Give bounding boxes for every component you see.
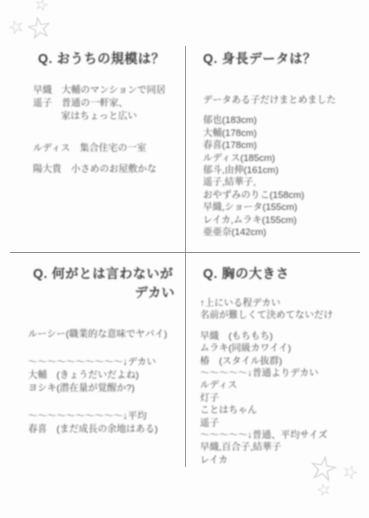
text-line: レイカ,ムラキ(155cm) (203, 215, 336, 227)
text-line: 灯子 (200, 393, 333, 405)
text-line: 早織,ショータ(155cm) (203, 202, 336, 214)
text-line: 遥子 普通の一軒家、 (33, 97, 166, 110)
text-line: 大輔 (きょうだいだよね) (28, 369, 167, 382)
horizontal-divider (10, 252, 360, 253)
text-line: ～～～～～↓普通、平均サイズ (200, 430, 333, 442)
text-line: 遥子 (200, 418, 333, 430)
text-line: データある子だけまとめました (203, 95, 336, 107)
text-line: おやずみのりこ(158cm) (203, 190, 336, 202)
text-line: 春喜 (まだ成長の余地はある) (28, 423, 167, 436)
height-data-answers: データある子だけまとめました 郁也(183cm) 大輔(178cm) 春喜(17… (203, 95, 336, 239)
star-icon: ☆ (24, 12, 56, 46)
quadrant-its-big: Q. 何がとは言わないが デカい (33, 263, 175, 301)
question-title: Q. 胸の大きさ (203, 263, 289, 282)
text-line: 早織 大輔のマンションで同居 (33, 84, 166, 97)
text-line: 椿 (スタイル抜群) (200, 356, 333, 368)
text-line: 早織,百合子,結華子 (200, 442, 333, 454)
text-line: 陽大貴 小さめのお屋敷かな (33, 163, 166, 176)
quadrant-height-data: Q. 身長データは？ (203, 48, 316, 67)
vertical-divider (185, 46, 186, 467)
text-line: 大輔(178cm) (203, 128, 336, 140)
house-size-answers: 早織 大輔のマンションで同居 遥子 普通の一軒家、 家はちょっと広い ルディス … (33, 84, 166, 176)
text-line: ルディス(185cm) (203, 153, 336, 165)
text-line: 郁斗,由伸(161cm) (203, 165, 336, 177)
text-line: 家はちょっと広い (33, 110, 166, 123)
quadrant-house-size: Q. おうちの規模は？ (38, 48, 165, 67)
text-line: ↑上にいる程デカい (200, 298, 333, 310)
text-line: 遥子,結華子, (203, 177, 336, 189)
text-line: ～～～～～～～～～～↓デカい (28, 356, 167, 369)
text-line: 早織 (もちもち) (200, 331, 333, 343)
text-line: 郁也(183cm) (203, 115, 336, 127)
text-line: ルディス 集合住宅の一室 (33, 142, 166, 155)
text-line: ルーシー(職業的な意味でヤバイ) (28, 328, 167, 341)
text-line: ～～～～～↓普通よりデカい (200, 368, 333, 380)
text-line: ことはちゃん (200, 405, 333, 417)
question-title: Q. おうちの規模は？ (38, 48, 165, 67)
question-title: Q. 何がとは言わないが (33, 263, 175, 282)
question-title: Q. 身長データは？ (203, 48, 316, 67)
text-line: ～～～～～～～～～～↓平均 (28, 410, 167, 423)
quadrant-chest-size: Q. 胸の大きさ (203, 263, 289, 282)
text-line: レイカ (200, 455, 333, 467)
text-line: 亜亜奈(142cm) (203, 227, 336, 239)
its-big-answers: ルーシー(職業的な意味でヤバイ) ～～～～～～～～～～↓デカい 大輔 (きょうだ… (28, 328, 167, 436)
text-line: ムラキ(同級カワイイ) (200, 343, 333, 355)
text-line: 名前が難しくて決めてないだけ (200, 310, 333, 322)
text-line: ルディス (200, 380, 333, 392)
star-icon: ☆ (339, 461, 360, 483)
chest-size-answers: ↑上にいる程デカい 名前が難しくて決めてないだけ 早織 (もちもち) ムラキ(同… (200, 298, 333, 467)
question-title-line2: デカい (33, 282, 175, 301)
text-line: ヨシキ(潜在量が覚醒か?) (28, 382, 167, 395)
text-line: 春喜(178cm) (203, 140, 336, 152)
